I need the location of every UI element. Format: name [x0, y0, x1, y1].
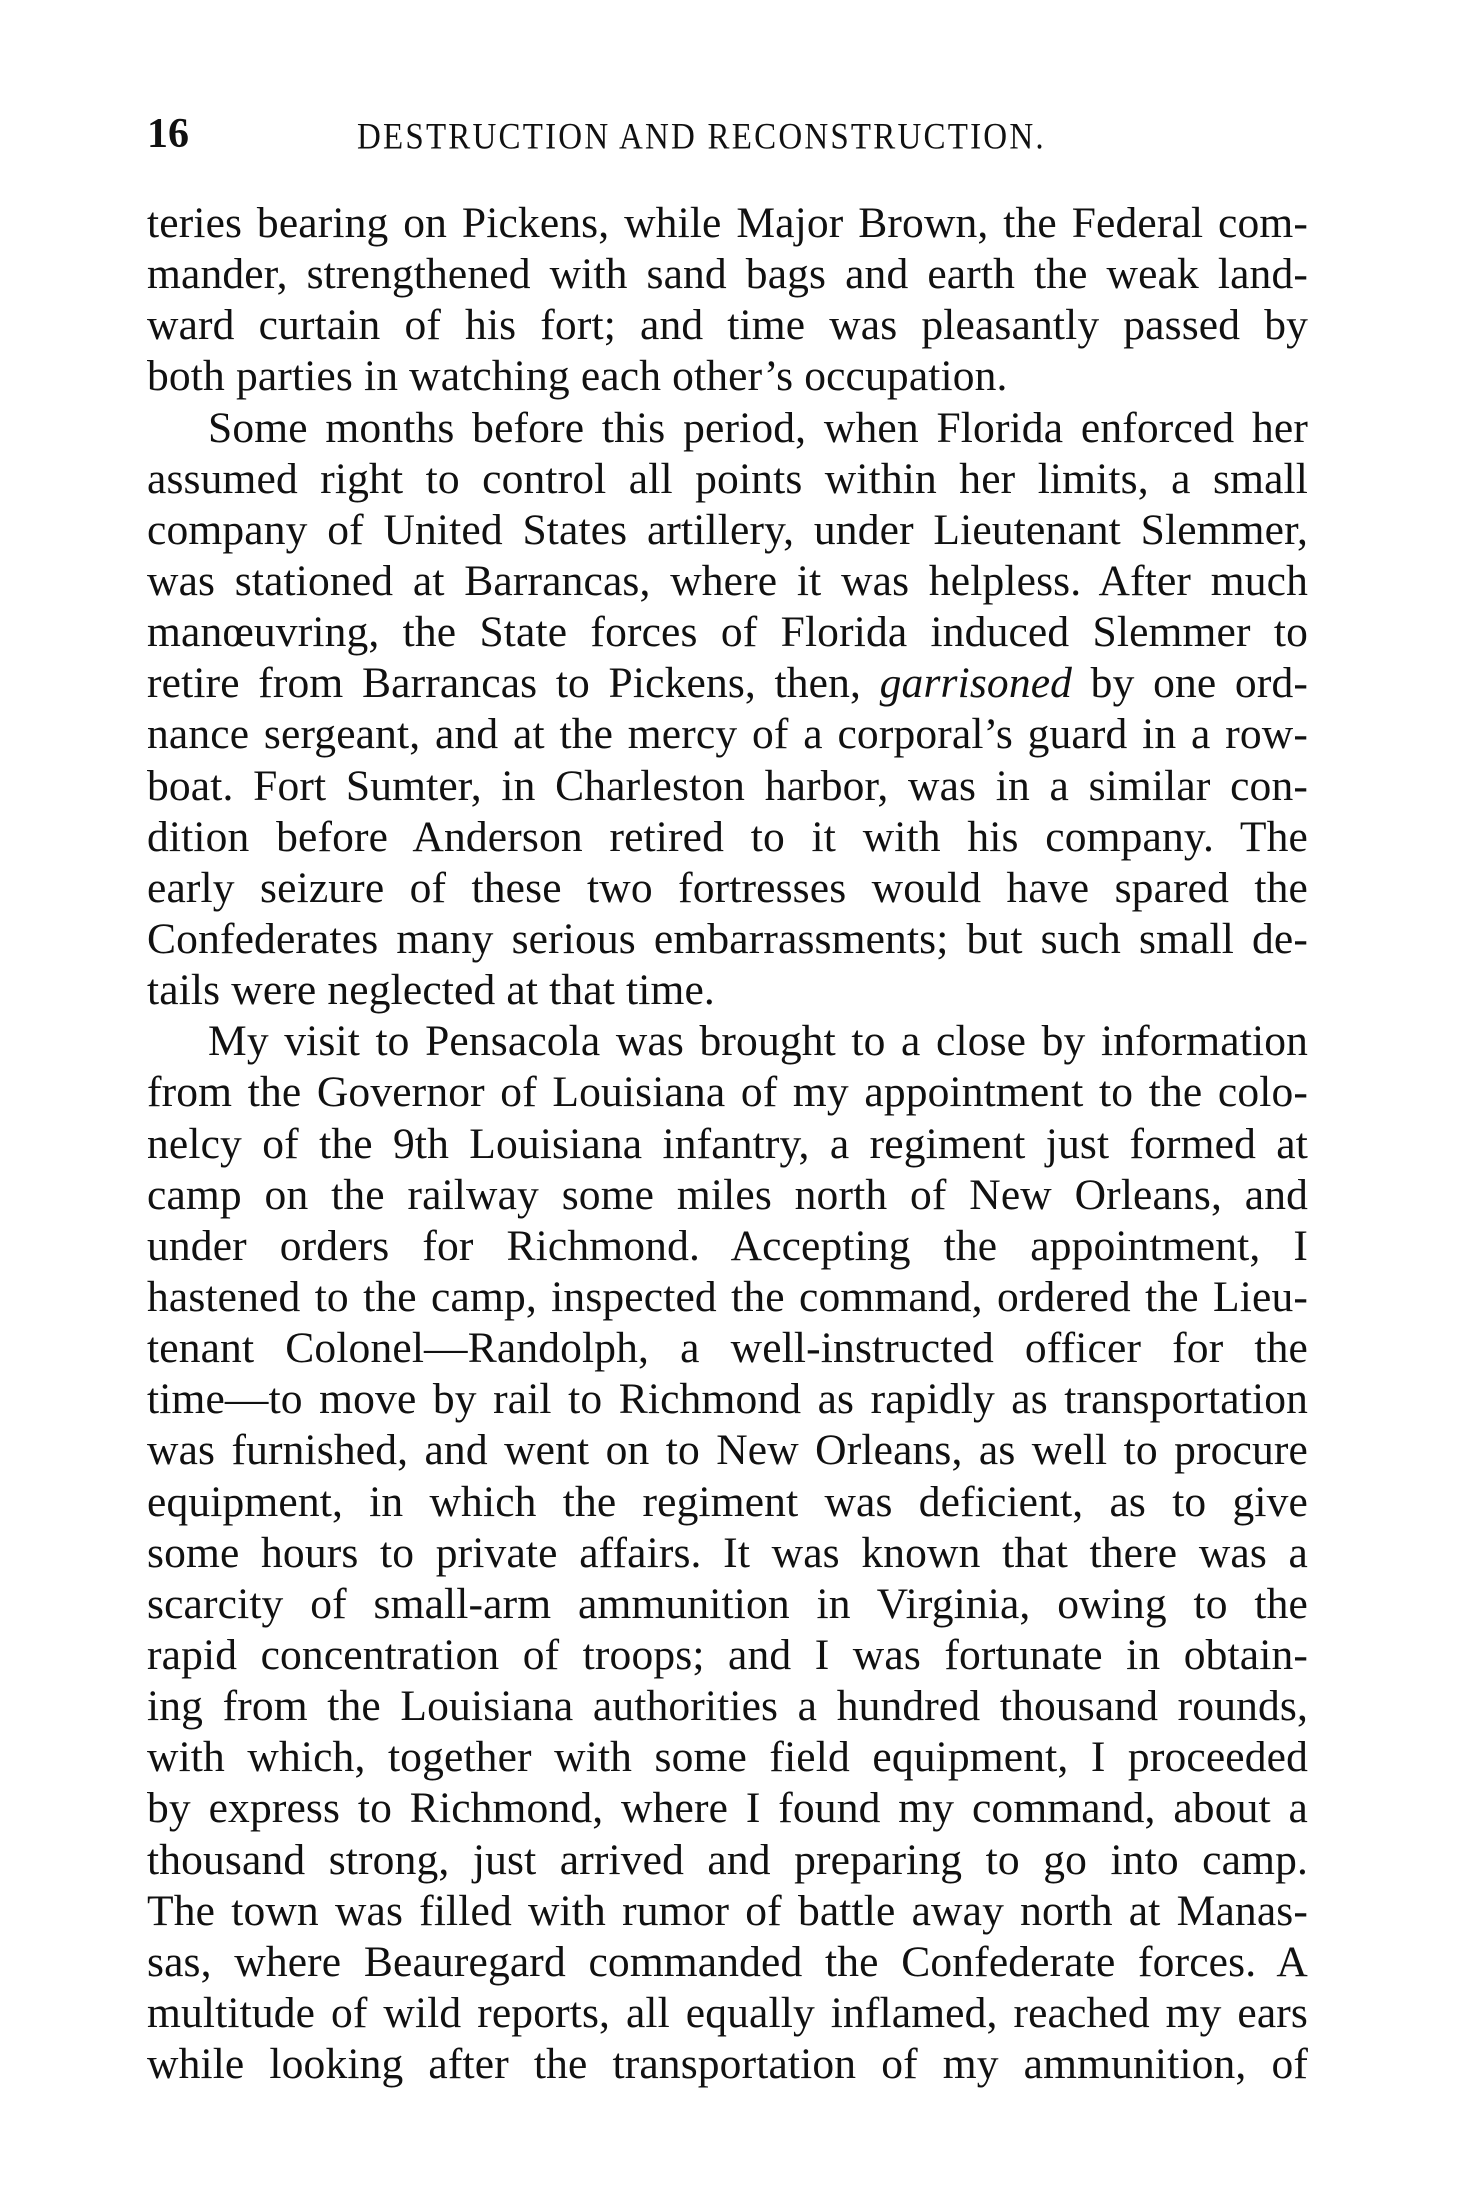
text-line: nance sergeant, and at the mercy of a co…	[147, 709, 1308, 760]
text-line: hastened to the camp, inspected the comm…	[147, 1272, 1308, 1323]
text-line: from the Governor of Louisiana of my app…	[147, 1067, 1308, 1118]
text-line: Confederates many serious embarrassments…	[147, 914, 1308, 965]
running-title: DESTRUCTION AND RECONSTRUCTION.	[357, 115, 1103, 160]
text-line: ing from the Louisiana authorities a hun…	[147, 1681, 1308, 1732]
text-line: teries bearing on Pickens, while Major B…	[147, 198, 1308, 249]
paragraph-1: teries bearing on Pickens, while Major B…	[147, 198, 1308, 403]
text-line: equipment, in which the regiment was def…	[147, 1477, 1308, 1528]
text-line: My visit to Pensacola was brought to a c…	[147, 1016, 1308, 1067]
text-line: tails were neglected at that time.	[147, 965, 1308, 1016]
text-line: manœuvring, the State forces of Florida …	[147, 607, 1308, 658]
text-line: while looking after the transportation o…	[147, 2039, 1308, 2090]
text-line: was stationed at Barrancas, where it was…	[147, 556, 1308, 607]
paragraph-3: My visit to Pensacola was brought to a c…	[147, 1016, 1308, 2090]
text-line: scarcity of small-arm ammunition in Virg…	[147, 1579, 1308, 1630]
text-line: nelcy of the 9th Louisiana infantry, a r…	[147, 1119, 1308, 1170]
line-segment: retire from Barrancas to Pickens, then,	[147, 659, 880, 707]
text-line: company of United States artillery, unde…	[147, 505, 1308, 556]
text-line-with-italic: retire from Barrancas to Pickens, then, …	[147, 658, 1308, 709]
text-line: boat. Fort Sumter, in Charleston harbor,…	[147, 761, 1308, 812]
text-line: camp on the railway some miles north of …	[147, 1170, 1308, 1221]
text-line: was furnished, and went on to New Orlean…	[147, 1425, 1308, 1476]
book-page: 16 DESTRUCTION AND RECONSTRUCTION. terie…	[0, 0, 1457, 2185]
text-line: mander, strengthened with sand bags and …	[147, 249, 1308, 300]
text-line: both parties in watching each other’s oc…	[147, 351, 1308, 402]
text-line: with which, together with some field equ…	[147, 1732, 1308, 1783]
text-line: by express to Richmond, where I found my…	[147, 1783, 1308, 1834]
text-line: rapid concentration of troops; and I was…	[147, 1630, 1308, 1681]
text-line: sas, where Beauregard commanded the Conf…	[147, 1937, 1308, 1988]
text-line: early seizure of these two fortresses wo…	[147, 863, 1308, 914]
text-line: The town was filled with rumor of battle…	[147, 1886, 1308, 1937]
text-line: under orders for Richmond. Accepting the…	[147, 1221, 1308, 1272]
running-head: 16 DESTRUCTION AND RECONSTRUCTION.	[147, 112, 1308, 156]
page-number: 16	[147, 112, 189, 156]
italic-word: garrisoned	[880, 659, 1072, 707]
text-line: tenant Colonel—Randolph, a well-instruct…	[147, 1323, 1308, 1374]
text-line: dition before Anderson retired to it wit…	[147, 812, 1308, 863]
text-line: Some months before this period, when Flo…	[147, 403, 1308, 454]
text-line: multitude of wild reports, all equally i…	[147, 1988, 1308, 2039]
text-line: some hours to private affairs. It was kn…	[147, 1528, 1308, 1579]
text-line: assumed right to control all points with…	[147, 454, 1308, 505]
text-line: thousand strong, just arrived and prepar…	[147, 1835, 1308, 1886]
text-line: time—to move by rail to Richmond as rapi…	[147, 1374, 1308, 1425]
paragraph-2: Some months before this period, when Flo…	[147, 403, 1308, 1017]
body-text: teries bearing on Pickens, while Major B…	[147, 198, 1308, 2090]
text-line: ward curtain of his fort; and time was p…	[147, 300, 1308, 351]
line-segment: by one ord-	[1072, 659, 1308, 707]
